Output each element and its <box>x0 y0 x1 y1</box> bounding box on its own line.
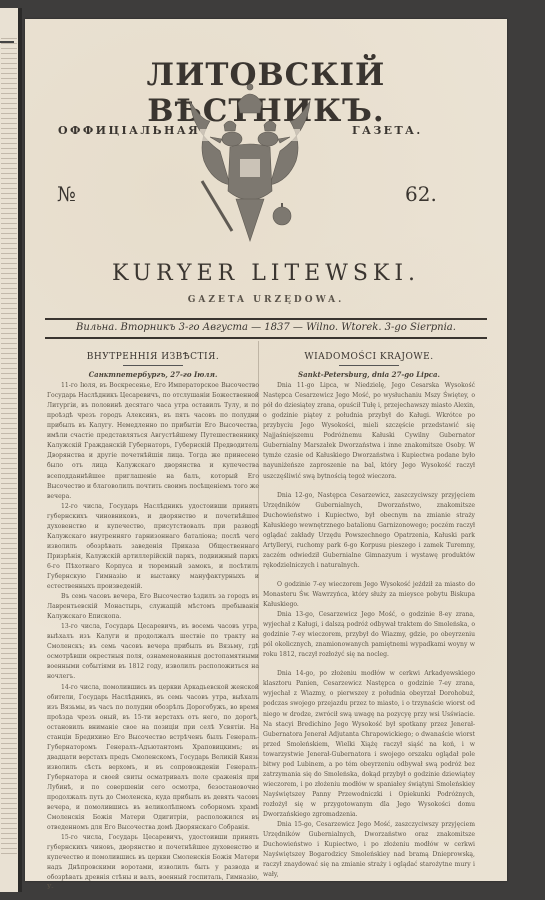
article-paragraph: Dnia 13-go, Cesarzewicz Jego Mość, o god… <box>263 610 475 660</box>
dateline-top-rule <box>45 318 487 320</box>
heading-rule <box>123 365 183 366</box>
column-russian: ВНУТРЕННІЯ ИЗВѢСТІЯ. Санктпетербургъ, 27… <box>47 352 259 893</box>
place-date-polish: Sankt-Petersburg, dnia 27-go Lipca. <box>263 370 475 380</box>
double-headed-eagle-icon <box>180 81 320 251</box>
column-polish: WIADOMOŚCI KRAJOWE. Sankt-Petersburg, dn… <box>263 352 475 880</box>
issue-number-label: № <box>57 182 76 206</box>
article-paragraph: Dnia 11-go Lipca, w Niedzielę, Jego Cesa… <box>263 381 475 481</box>
previous-page-edge <box>0 8 18 892</box>
article-paragraph: 12-го числа, Государь Наслѣдникъ удостои… <box>47 502 259 592</box>
article-paragraph: Dnia 14-go, po złożeniu modłów w cerkwi … <box>263 669 475 820</box>
masthead-title-polish: KURYER LITEWSKI. <box>25 261 507 286</box>
article-paragraph: Dnia 15-go, Cesarzewicz Jego Mość, zaszc… <box>263 820 475 880</box>
masthead-subtitle-russian-right: ГАЗЕТА. <box>352 124 423 137</box>
previous-page-text <box>1 38 17 858</box>
article-paragraph: Въ семь часовъ вечера, Его Высочество ѣз… <box>47 592 259 622</box>
article-paragraph: O godzinie 7-ey wieczorem Jego Wysokość … <box>263 580 475 610</box>
issue-number: 62. <box>405 182 437 206</box>
section-heading-russian: ВНУТРЕННІЯ ИЗВѢСТІЯ. <box>47 352 259 362</box>
article-paragraph: 11-го Іюля, въ Воскресенье, Его Императо… <box>47 381 259 502</box>
article-paragraph: 13-го числа, Государь Цесаревичъ, въ вос… <box>47 622 259 682</box>
dateline: Вильна. Вторникъ 3-го Августа — 1837 — W… <box>25 322 507 333</box>
place-date-russian: Санктпетербургъ, 27-го Іюля. <box>47 370 259 380</box>
masthead-subtitle-russian-left: ОФФИЦІАЛЬНАЯ <box>58 124 200 137</box>
heading-rule <box>339 365 399 366</box>
dateline-bottom-rule <box>45 337 487 339</box>
book-gutter <box>18 8 22 892</box>
newspaper-page: ЛИТОВСКІЙ ВѢСТНИКЪ. ОФФИЦІАЛЬНАЯ ГАЗЕТА. <box>25 19 507 881</box>
article-paragraph: Dnia 12-go, Następca Cesarzewicz, zaszcz… <box>263 491 475 571</box>
masthead-subtitle-polish: GAZETA URZĘDOWA. <box>25 295 507 305</box>
article-paragraph: 14-го числа, помолившись въ церкви Аркад… <box>47 683 259 834</box>
article-paragraph: 15-го числа, Государь Цесаревичъ, удосто… <box>47 833 259 893</box>
section-heading-polish: WIADOMOŚCI KRAJOWE. <box>263 352 475 362</box>
